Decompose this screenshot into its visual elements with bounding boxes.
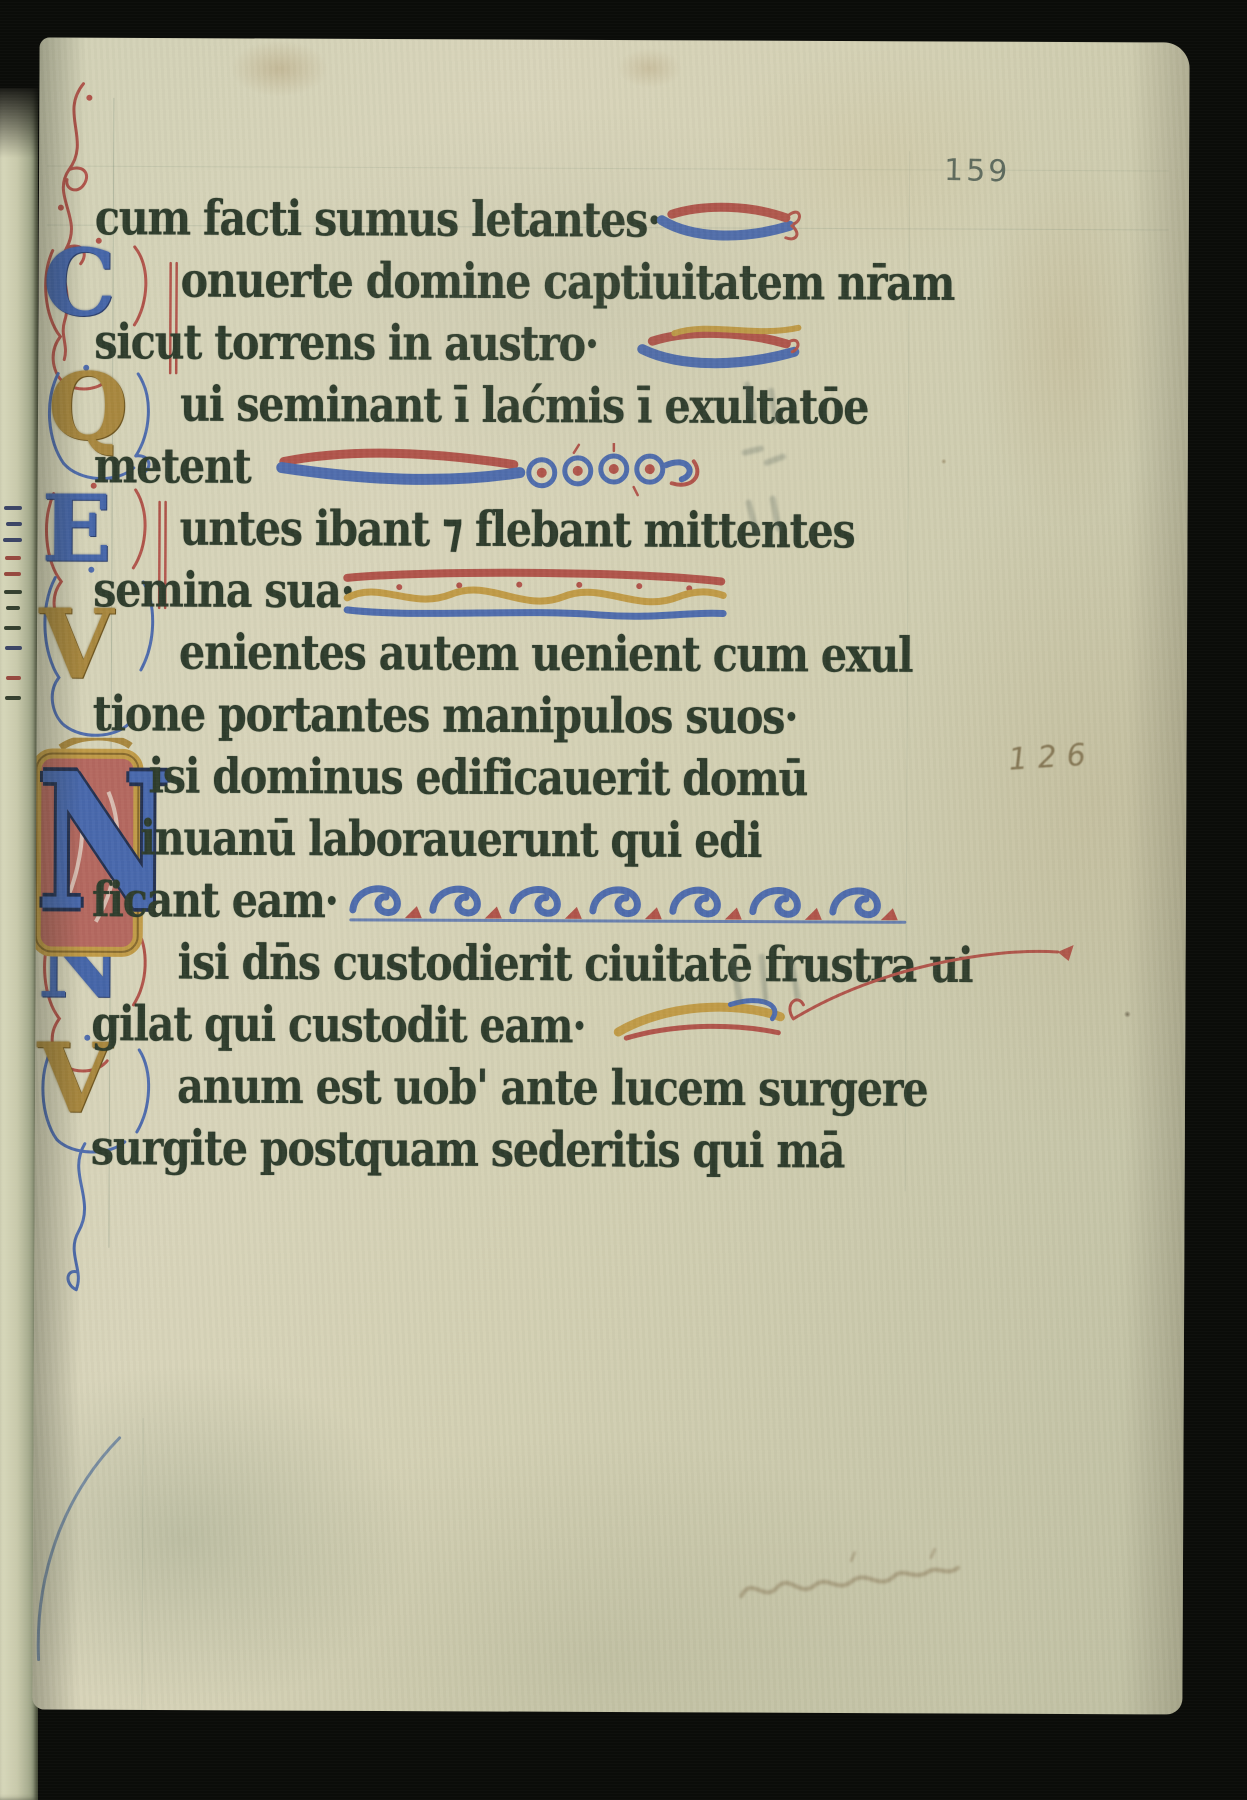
initial-e: E (41, 490, 111, 568)
line-filler-roundels (274, 442, 709, 499)
text-line: semina sua· (93, 562, 354, 621)
line-filler-leaf (654, 195, 804, 244)
text-line: metent (94, 438, 251, 496)
parchment-page: C Q E V N V N cum facti sumus letantes· … (32, 37, 1189, 1714)
text-line: anum est uob' ante lucem surgere (177, 1058, 927, 1119)
initial-q: Q (48, 368, 128, 447)
text-line: sicut torrens in austro· (94, 314, 598, 374)
margin-psalm-number: 126 (1007, 737, 1096, 778)
text-line: tione portantes manipulos suos· (93, 686, 798, 747)
ink-showthrough (719, 940, 829, 1020)
line-filler-gold-wave-bar (339, 566, 729, 623)
line-filler-leaf-gold (634, 319, 804, 375)
ink-showthrough (726, 373, 807, 573)
text-line: cum facti sumus letantes· (95, 190, 661, 250)
manuscript-photo: C Q E V N V N cum facti sumus letantes· … (0, 0, 1247, 1800)
text-line: isi dominus edificauerit domū (148, 748, 807, 809)
blue-penwork-arc (32, 1427, 147, 1668)
folio-number: 159 (944, 153, 1011, 189)
text-line: gilat qui custodit eam· (91, 996, 585, 1056)
initial-c: C (42, 244, 116, 323)
red-pen-flourish (785, 921, 1085, 1027)
text-line: ficant eam· (92, 872, 338, 931)
text-line: onuerte domine captiuitatem nr̄am (180, 252, 954, 313)
text-line: enientes autem uenient cum exul (179, 624, 913, 685)
text-line: surgite postquam sederitis qui mā (91, 1120, 845, 1181)
text-line: inuanū laborauerunt qui edi (140, 810, 761, 870)
faded-inscription (731, 1538, 996, 1635)
